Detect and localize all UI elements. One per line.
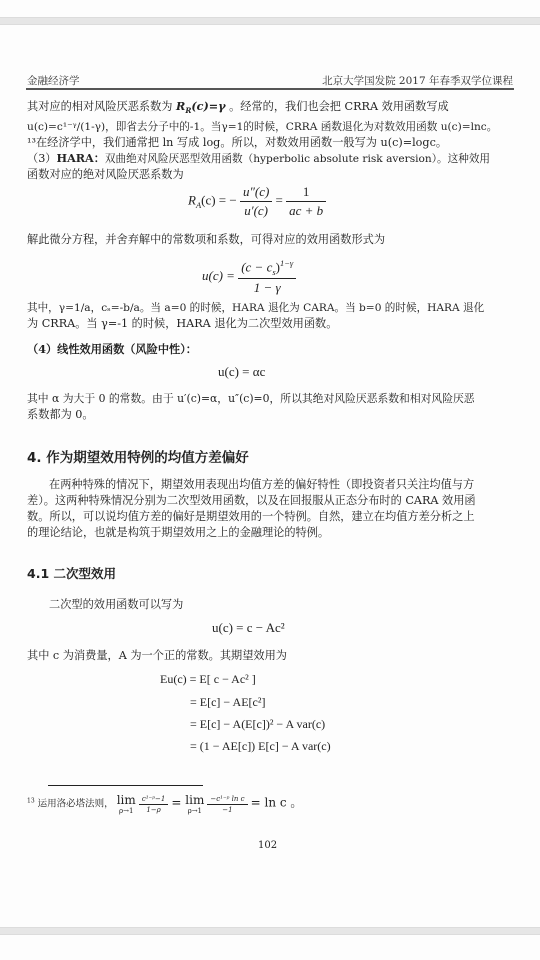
derivation-line-3: = (1 − AE[c]) E[c] − A var(c) [190,739,331,754]
header-rule [26,88,514,90]
math: u(c) = [202,268,238,283]
footnote-text: 运用洛必塔法则， [38,799,114,810]
section-4-1-title: 4.1 二次型效用 [27,564,116,582]
math: 1−γ [280,258,293,268]
hara-label: HARA： [57,151,105,165]
denominator: ac + b [286,202,326,219]
formula-linear: u(c) = αc [218,364,265,380]
section-4-line: 数。所以，可以说均值方差的偏好是期望效用的一个特例。自然，建立在均值方差分析之上 [27,509,515,525]
crra-line-2: u(c)=c¹⁻ᵞ/(1-γ)，即省去分子中的-1。当γ=1的时候，CRRA 函… [27,119,515,135]
derivation-line-2: = E[c] − A(E[c])² − A var(c) [190,717,325,732]
math: (c) = − [201,192,237,207]
numerator: −c¹⁻ᵖ ln c [207,795,247,805]
crra-line-3: ¹³在经济学中，我们通常把 ln 写成 log。所以，对数效用函数一般写为 u(… [27,135,515,151]
fraction: (c − cs)1−γ 1 − γ [238,258,296,296]
hara-line-3: 解此微分方程，并舍弃解中的常数项和系数，可得对应的效用函数形式为 [27,232,515,248]
fraction: 1ac + b [286,184,326,219]
numerator: c¹⁻ᵖ−1 [139,795,169,805]
numerator: u″(c) [240,184,272,202]
header-right: 北京大学国发院 2017 年春季双学位课程 [322,73,513,88]
lim: lim [185,793,204,807]
section-4-line: 的理论结论，也就是构筑于期望效用之上的金融理论的特例。 [27,525,515,541]
formula-quadratic: u(c) = c − Ac² [212,620,285,636]
page-number: 102 [258,840,277,851]
math: = [276,192,287,207]
math: R [188,192,196,207]
lim: lim [117,793,136,807]
denominator: u′(c) [240,202,272,219]
section-4-title: 4. 作为期望效用特例的均值方差偏好 [27,446,249,466]
label-number: （3） [27,152,57,165]
footnote: 13 运用洛必塔法则， limρ→1 c¹⁻ᵖ−11−ρ = limρ→1 −c… [27,793,302,815]
math-r: R [176,99,185,113]
header-left: 金融经济学 [27,73,80,88]
math: (c − c [241,259,272,274]
section-4-1-intro: 二次型的效用函数可以写为 [49,597,537,613]
section-4-line: 差）。这两种特殊情况分别为二次型效用函数，以及在回报服从正态分布时的 CARA … [27,493,515,509]
linear-line-1: 其中 α 为大于 0 的常数。由于 u′(c)=α，u″(c)=0，所以其绝对风… [27,391,515,407]
footnote-rule [48,785,203,786]
lim-sub: ρ→1 [117,807,136,815]
derivation-line-0: Eu(c) = E[ c − Ac² ] [160,672,256,687]
paragraph-crra: 其对应的相对风险厌恶系数为 RR(c)=γ 。经常的，我们也会把 CRRA 效用… [27,98,515,151]
lim-sub: ρ→1 [185,807,204,815]
section-4-line: 在两种特殊的情况下，期望效用表现出均值方差的偏好特性（即投资者只关注均值与方 [27,477,515,493]
fraction: u″(c)u′(c) [240,184,272,219]
formula-hara-ra: RA(c) = − u″(c)u′(c) = 1ac + b [188,184,326,219]
linear-line-2: 系数都为 0。 [27,407,515,423]
limit: limρ→1 [185,793,204,815]
denominator: −1 [207,805,247,814]
paragraph-hara-notes: 其中，γ=1/a，cₛ=-b/a。当 a=0 的时候，HARA 退化为 CARA… [27,300,515,332]
limit: limρ→1 [117,793,136,815]
footnote-result: = ln c 。 [251,796,303,810]
numerator: 1 [286,184,326,202]
fraction: c¹⁻ᵖ−11−ρ [139,795,169,814]
section-4-1-line: 其中 c 为消费量，A 为一个正的常数。其期望效用为 [27,648,515,664]
paragraph-linear: 其中 α 为大于 0 的常数。由于 u′(c)=α，u″(c)=0，所以其绝对风… [27,391,515,423]
document-page: 金融经济学 北京大学国发院 2017 年春季双学位课程 其对应的相对风险厌恶系数… [0,0,540,960]
fraction: −c¹⁻ᵖ ln c−1 [207,795,247,814]
hara-line-4: 其中，γ=1/a，cₛ=-b/a。当 a=0 的时候，HARA 退化为 CARA… [27,300,515,316]
hara-line-1: （3）HARA：双曲绝对风险厌恶型效用函数（hyperbolic absolut… [27,150,515,167]
numerator: (c − cs)1−γ [238,258,296,279]
paragraph-hara: （3）HARA：双曲绝对风险厌恶型效用函数（hyperbolic absolut… [27,150,515,183]
paragraph-section-4: 在两种特殊的情况下，期望效用表现出均值方差的偏好特性（即投资者只关注均值与方 差… [27,477,515,541]
hara-line-2: 函数对应的绝对风险厌恶系数为 [27,167,515,183]
text: 双曲绝对风险厌恶型效用函数（hyperbolic absolute risk a… [105,153,490,165]
denominator: 1−ρ [139,805,169,814]
text: 其对应的相对风险厌恶系数为 [27,100,172,113]
footnote-marker: 13 [27,797,35,804]
formula-hara-u: u(c) = (c − cs)1−γ 1 − γ [202,258,296,296]
linear-heading: （4）线性效用函数（风险中性）： [27,342,197,356]
derivation-line-1: = E[c] − AE[c²] [190,695,265,710]
linear-label: （4）线性效用函数（风险中性）： [27,341,515,358]
denominator: 1 − γ [238,279,296,296]
hara-line-5: 为 CRRA。当 γ=-1 的时候，HARA 退化为二次型效用函数。 [27,316,515,332]
crra-line-1: 其对应的相对风险厌恶系数为 RR(c)=γ 。经常的，我们也会把 CRRA 效用… [27,98,515,119]
math-rest: (c)=γ [191,99,225,113]
text: 。经常的，我们也会把 CRRA 效用函数写成 [229,100,449,113]
